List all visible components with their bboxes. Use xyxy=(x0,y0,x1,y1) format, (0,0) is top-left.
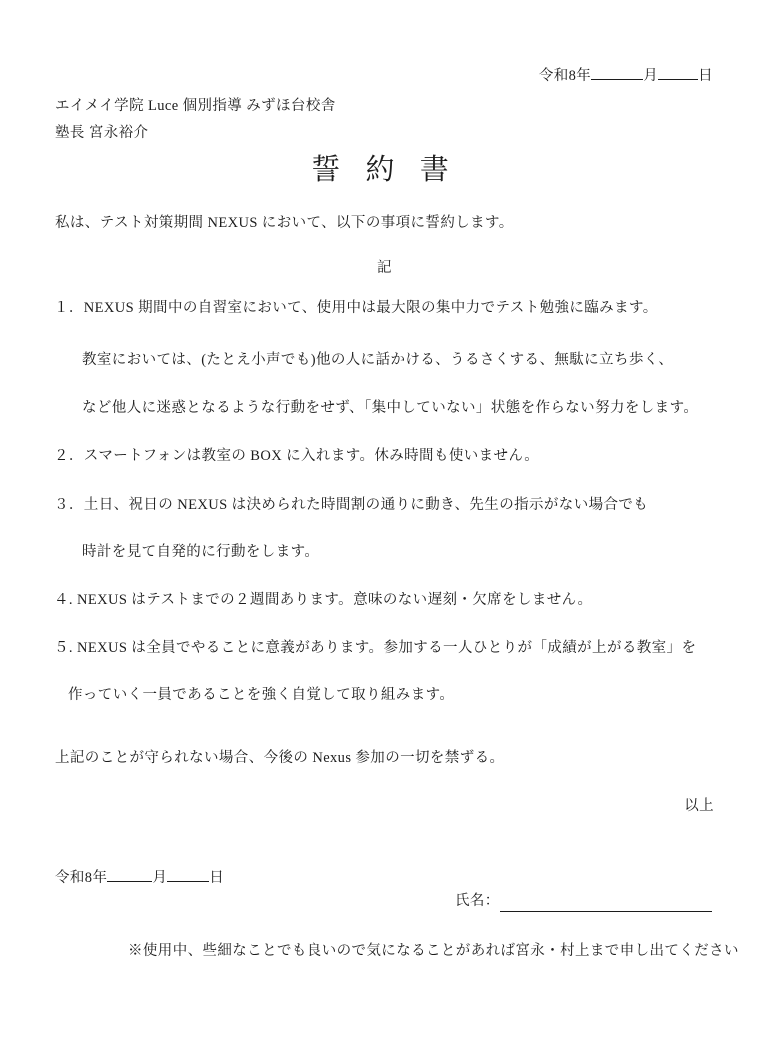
name-label: 氏名： xyxy=(455,890,500,912)
top-date-day-label: 日 xyxy=(698,68,713,84)
bottom-date-day-label: 日 xyxy=(209,870,224,886)
pledge-document-page: 令和8年月日 エイメイ学院 Luce 個別指導 みずほ台校舎 塾長 宮永裕介 誓… xyxy=(0,0,769,1048)
closing-line: 以上 xyxy=(684,795,714,817)
penalty-line: 上記のことが守られない場合、今後の Nexus 参加の一切を禁ずる。 xyxy=(55,747,504,769)
pledge-item-4-line-1: ４. NEXUS はテストまでの２週間あります。意味のない遅刻・欠席をしません。 xyxy=(54,589,592,611)
bottom-date-month-label: 月 xyxy=(152,870,167,886)
pledge-item-1-line-1: １．NEXUS 期間中の自習室において、使用中は最大限の集中力でテスト勉強に臨み… xyxy=(54,297,658,319)
intro-line: 私は、テスト対策期間 NEXUS において、以下の事項に誓約します。 xyxy=(55,212,514,234)
name-field-row: 氏名： xyxy=(455,890,712,912)
pledge-item-5-line-1: ５. NEXUS は全員でやることに意義があります。参加する一人ひとりが「成績が… xyxy=(54,637,696,659)
pledge-item-5-line-2: 作っていく一員であることを強く自覚して取り組みます。 xyxy=(68,684,454,706)
pledge-item-3-line-2: 時計を見て自発的に行動をします。 xyxy=(82,541,319,563)
bottom-date-month-blank xyxy=(107,866,152,882)
top-date-era: 令和8年 xyxy=(539,68,591,84)
record-marker: 記 xyxy=(0,257,769,279)
top-date-day-blank xyxy=(658,64,698,80)
pledge-item-1-line-3: など他人に迷惑となるような行動をせず、「集中していない」状態を作らない努力をしま… xyxy=(82,397,698,419)
principal-line: 塾長 宮永裕介 xyxy=(55,122,148,144)
pledge-item-3-line-1: ３．土日、祝日の NEXUS は決められた時間割の通りに動き、先生の指示がない場… xyxy=(54,494,648,516)
bottom-date-line: 令和8年月日 xyxy=(55,866,224,889)
footer-note: ※使用中、些細なことでも良いので気になることがあれば宮永・村上まで申し出てくださ… xyxy=(128,940,739,962)
top-date-month-label: 月 xyxy=(643,68,658,84)
top-date-line: 令和8年月日 xyxy=(539,64,713,87)
pledge-item-2-line-1: ２．スマートフォンは教室の BOX に入れます。休み時間も使いません。 xyxy=(54,445,539,467)
bottom-date-day-blank xyxy=(167,866,209,882)
org-line: エイメイ学院 Luce 個別指導 みずほ台校舎 xyxy=(55,95,336,117)
top-date-month-blank xyxy=(591,64,643,80)
bottom-date-era: 令和8年 xyxy=(55,870,107,886)
name-underline xyxy=(500,896,712,912)
page-title: 誓 約 書 xyxy=(0,150,769,190)
pledge-item-1-line-2: 教室においては、(たとえ小声でも)他の人に話かける、うるさくする、無駄に立ち歩く… xyxy=(82,349,673,371)
